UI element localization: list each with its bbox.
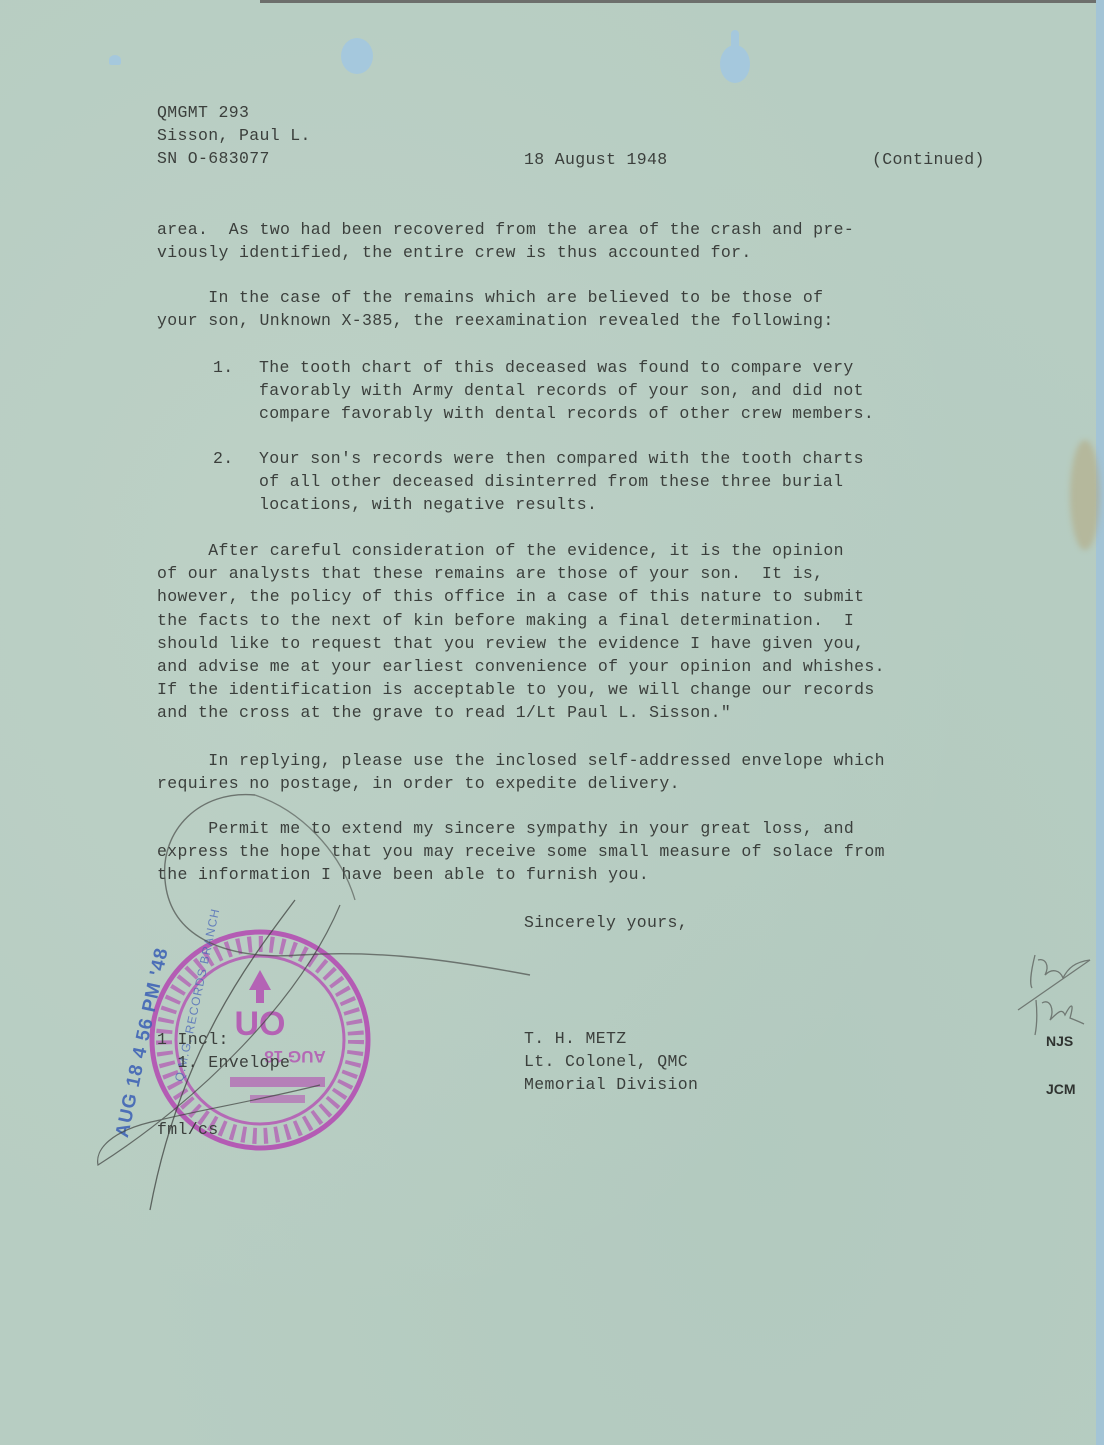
text-line: After careful consideration of the evide… (157, 539, 885, 562)
text-line: the facts to the next of kin before maki… (157, 609, 885, 632)
closing-salutation: Sincerely yours, (524, 911, 688, 934)
text-line: favorably with Army dental records of yo… (259, 379, 874, 402)
page-top-edge (260, 0, 1096, 3)
paragraph-reexamination: In the case of the remains which are bel… (157, 286, 834, 332)
routing-initials-jcm: JCM (1046, 1081, 1076, 1097)
item-1-text: The tooth chart of this deceased was fou… (259, 356, 874, 426)
paragraph-crew-accounted: area. As two had been recovered from the… (157, 218, 854, 264)
paragraph-replying: In replying, please use the inclosed sel… (157, 749, 885, 795)
text-line: and advise me at your earliest convenien… (157, 655, 885, 678)
text-line: If the identification is acceptable to y… (157, 678, 885, 701)
text-line: requires no postage, in order to expedit… (157, 772, 885, 795)
handwritten-initials (1018, 955, 1090, 1035)
text-line: Your son's records were then compared wi… (259, 447, 864, 470)
paragraph-sympathy: Permit me to extend my sincere sympathy … (157, 817, 885, 887)
punch-hole-small (109, 55, 121, 65)
paragraph-opinion: After careful consideration of the evide… (157, 539, 885, 725)
letter-page: QMGMT 293Sisson, Paul L.SN O-683077 18 A… (0, 0, 1096, 1445)
item-2-text: Your son's records were then compared wi… (259, 447, 864, 517)
punch-hole-left (341, 38, 373, 74)
signer-division: Memorial Division (524, 1073, 698, 1096)
text-line: The tooth chart of this deceased was fou… (259, 356, 874, 379)
enclosure-label: 1 Incl: (157, 1028, 290, 1051)
routing-initials-njs: NJS (1046, 1033, 1073, 1049)
text-line: should like to request that you review t… (157, 632, 885, 655)
letter-date: 18 August 1948 (524, 148, 668, 171)
text-line: In the case of the remains which are bel… (157, 286, 834, 309)
reference-initials: fml/cs (157, 1118, 219, 1141)
signer-rank: Lt. Colonel, QMC (524, 1050, 698, 1073)
paper-stain (1070, 440, 1100, 550)
item-number-1: 1. (213, 356, 234, 379)
text-line: of our analysts that these remains are t… (157, 562, 885, 585)
text-line: and the cross at the grave to read 1/Lt … (157, 701, 885, 724)
continued-label: (Continued) (872, 148, 985, 171)
text-line: In replying, please use the inclosed sel… (157, 749, 885, 772)
signature-block: T. H. METZLt. Colonel, QMCMemorial Divis… (524, 1027, 698, 1097)
text-line: of all other deceased disinterred from t… (259, 470, 864, 493)
enclosure-item: 1. Envelope (157, 1051, 290, 1074)
text-line: Permit me to extend my sincere sympathy … (157, 817, 885, 840)
text-line: compare favorably with dental records of… (259, 402, 874, 425)
text-line: viously identified, the entire crew is t… (157, 241, 854, 264)
header-block: QMGMT 293Sisson, Paul L.SN O-683077 (157, 101, 311, 171)
item-number-2: 2. (213, 447, 234, 470)
file-code: QMGMT 293 (157, 101, 311, 124)
text-line: your son, Unknown X-385, the reexaminati… (157, 309, 834, 332)
addressee-name: Sisson, Paul L. (157, 124, 311, 147)
text-line: locations, with negative results. (259, 493, 864, 516)
text-line: the information I have been able to furn… (157, 863, 885, 886)
enclosure-block: 1 Incl: 1. Envelope (157, 1028, 290, 1074)
service-number: SN O-683077 (157, 147, 311, 170)
signer-name: T. H. METZ (524, 1027, 698, 1050)
text-line: express the hope that you may receive so… (157, 840, 885, 863)
text-line: however, the policy of this office in a … (157, 585, 885, 608)
text-line: area. As two had been recovered from the… (157, 218, 854, 241)
punch-hole-right (720, 45, 750, 83)
